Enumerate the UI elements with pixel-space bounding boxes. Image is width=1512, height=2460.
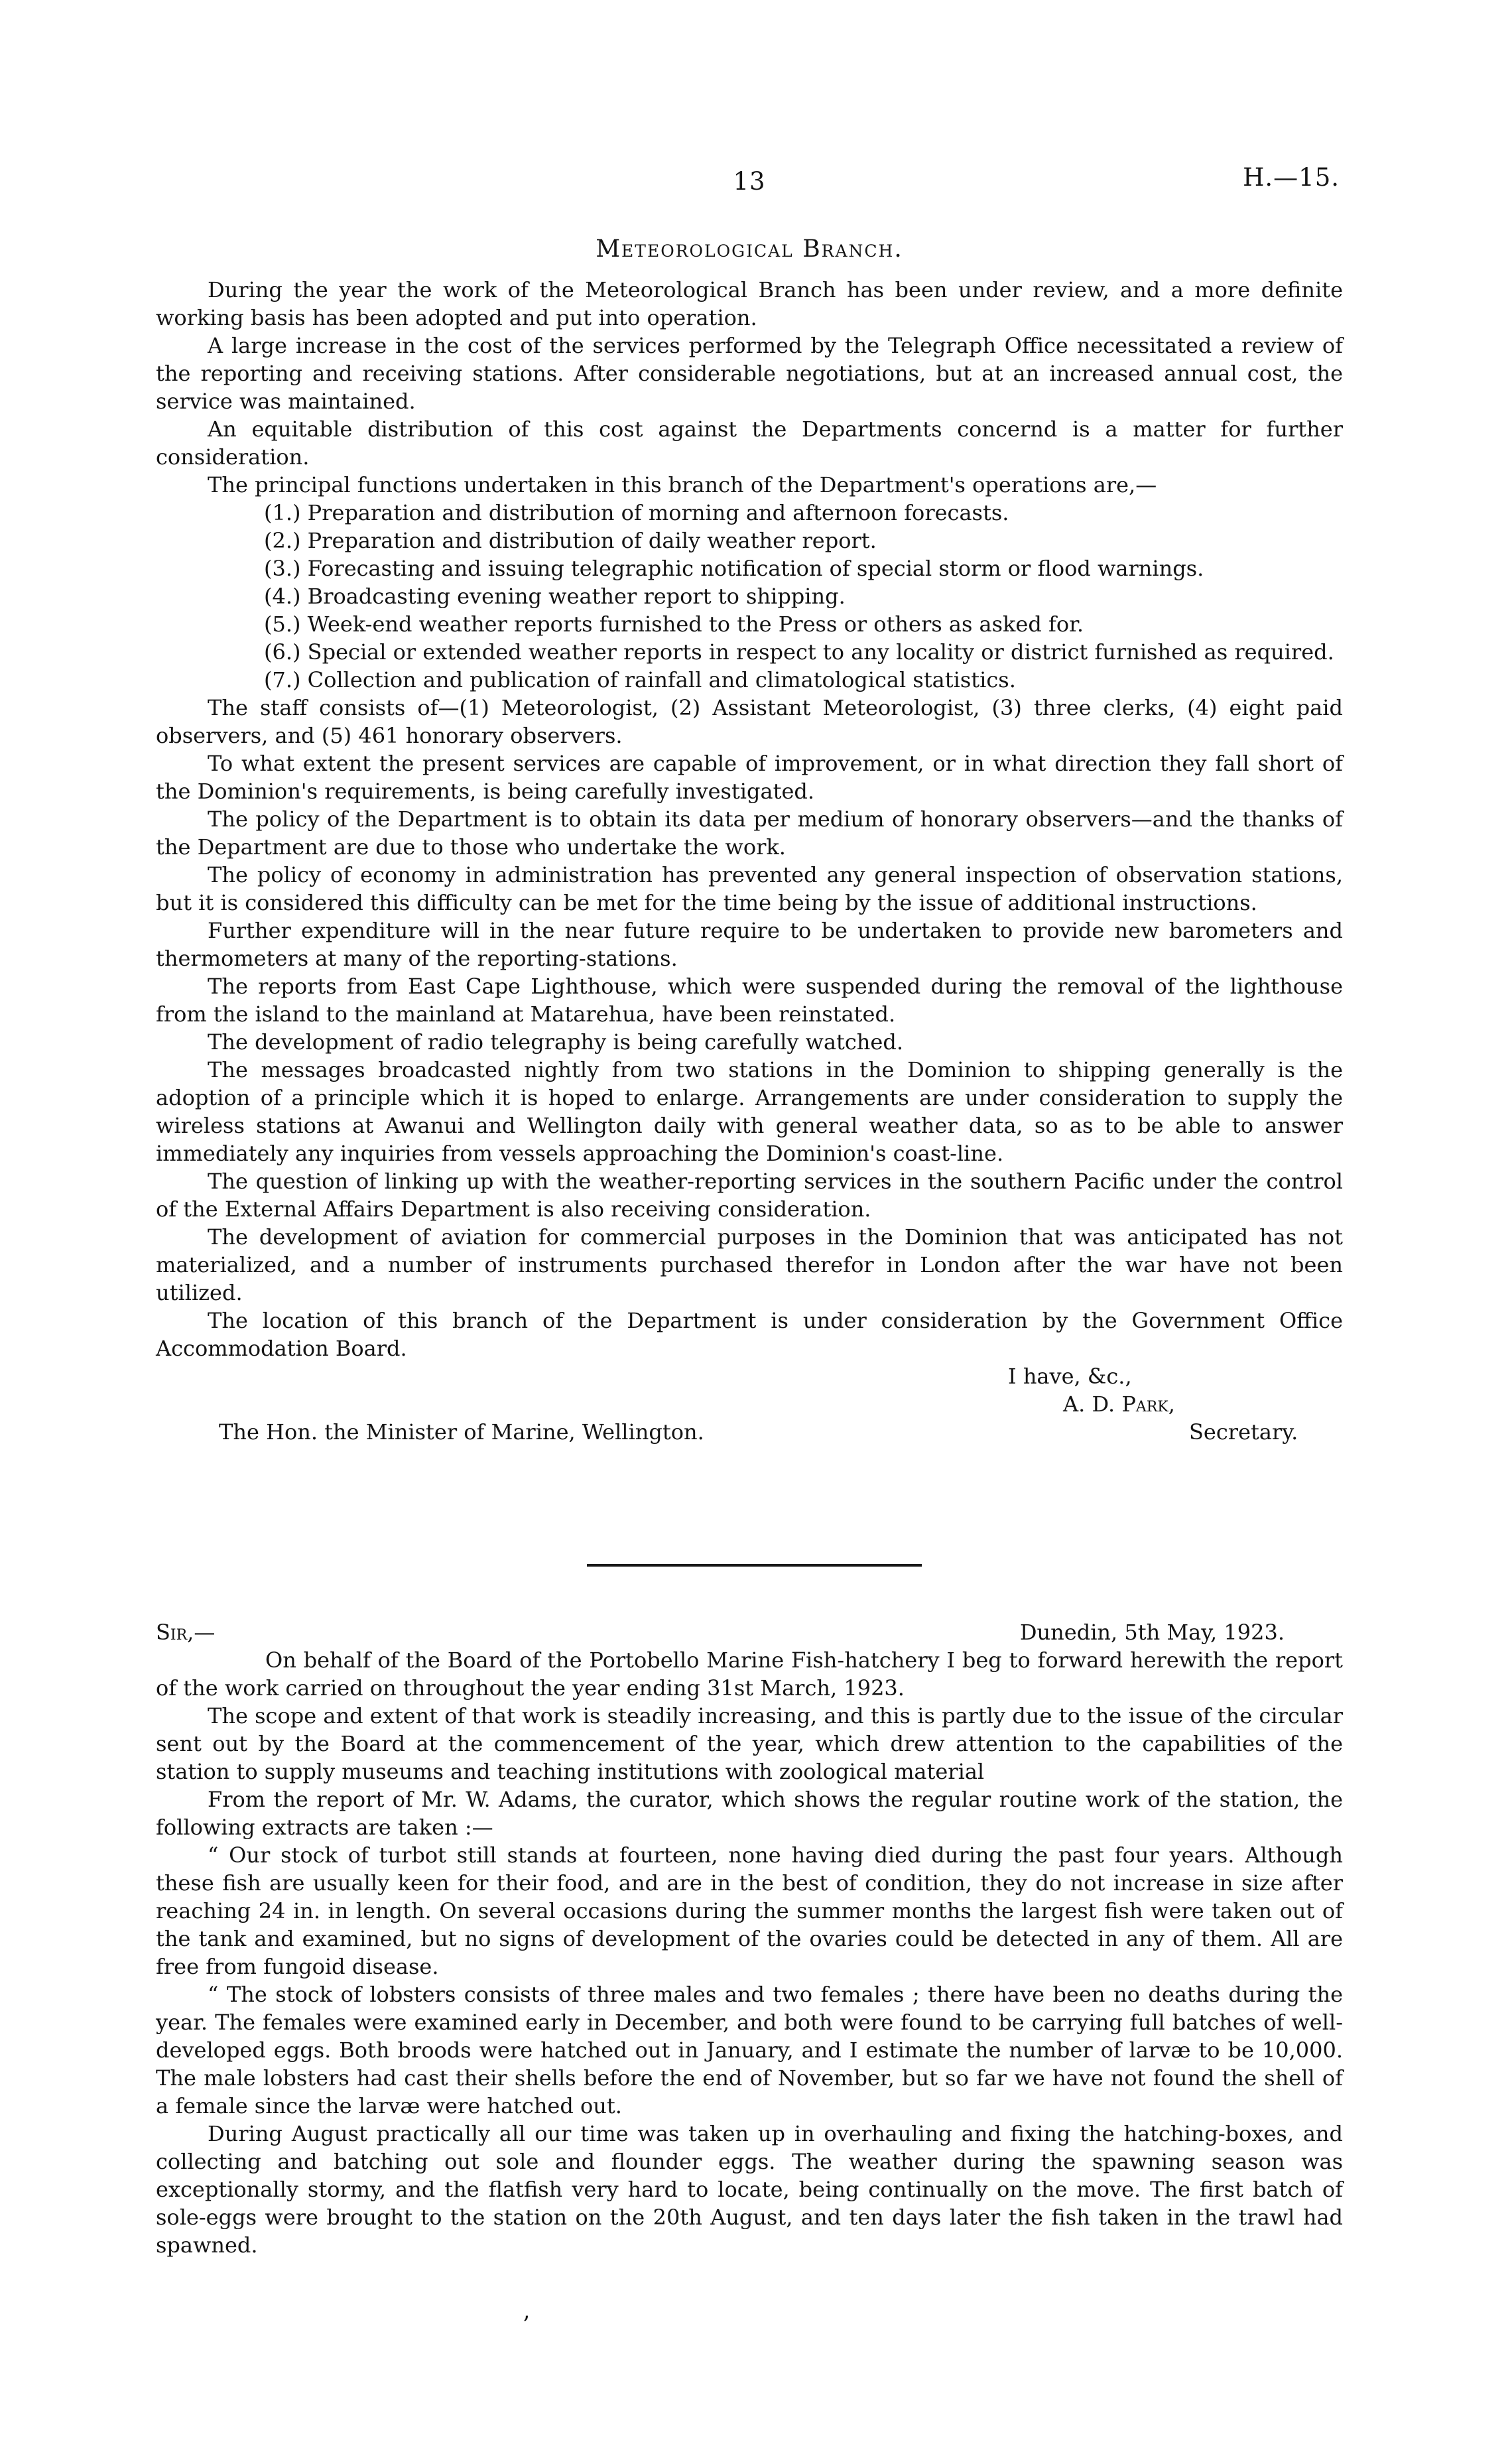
list-item: (5.) Week-end weather reports furnished … xyxy=(156,610,1343,638)
paragraph: The scope and extent of that work is ste… xyxy=(156,1702,1343,1785)
paragraph: A large increase in the cost of the serv… xyxy=(156,332,1343,415)
paragraph: The policy of economy in administration … xyxy=(156,861,1343,917)
list-item: (4.) Broadcasting evening weather report… xyxy=(156,582,1343,610)
paragraph: The development of aviation for commerci… xyxy=(156,1223,1343,1307)
section-heading: Meteorological Branch. xyxy=(156,233,1343,265)
list-item: (2.) Preparation and distribution of dai… xyxy=(156,527,1343,554)
paragraph: The question of linking up with the weat… xyxy=(156,1167,1343,1223)
paragraph: The principal functions undertaken in th… xyxy=(156,471,1343,499)
paragraph: The messages broadcasted nightly from tw… xyxy=(156,1056,1343,1167)
salutation-line: Sir,— Dunedin, 5th May, 1923. xyxy=(156,1618,1343,1646)
page-number: 13 xyxy=(156,167,1343,196)
addressee: The Hon. the Minister of Marine, Welling… xyxy=(219,1419,704,1445)
scanned-report-page: 13 H.—15. Meteorological Branch. During … xyxy=(0,0,1512,2460)
paragraph: An equitable distribution of this cost a… xyxy=(156,415,1343,471)
document-reference: H.—15. xyxy=(1243,163,1340,192)
list-item: (7.) Collection and publication of rainf… xyxy=(156,666,1343,694)
list-item: (3.) Forecasting and issuing telegraphic… xyxy=(156,554,1343,582)
page-header: 13 H.—15. xyxy=(156,167,1343,207)
paragraph: From the report of Mr. W. Adams, the cur… xyxy=(156,1785,1343,1841)
signature-name: A. D. Park, xyxy=(156,1390,1343,1418)
list-item: (1.) Preparation and distribution of mor… xyxy=(156,499,1343,527)
list-item: (6.) Special or extended weather reports… xyxy=(156,638,1343,666)
paragraph: “ The stock of lobsters consists of thre… xyxy=(156,1980,1343,2120)
paragraph: “ Our stock of turbot still stands at fo… xyxy=(156,1841,1343,1980)
paragraph: During the year the work of the Meteorol… xyxy=(156,276,1343,332)
paragraph: The development of radio telegraphy is b… xyxy=(156,1028,1343,1056)
scan-ink-speck: ’ xyxy=(523,2313,530,2336)
paragraph: On behalf of the Board of the Portobello… xyxy=(156,1646,1343,1702)
paragraph: The location of this branch of the Depar… xyxy=(156,1307,1343,1362)
paragraph: The policy of the Department is to obtai… xyxy=(156,805,1343,861)
paragraph: To what extent the present services are … xyxy=(156,749,1343,805)
salutation: Sir,— xyxy=(156,1618,215,1646)
paragraph: The reports from East Cape Lighthouse, w… xyxy=(156,972,1343,1028)
signature-line: The Hon. the Minister of Marine, Welling… xyxy=(156,1418,1343,1446)
meteorological-branch-section: Meteorological Branch. During the year t… xyxy=(156,233,1343,1446)
dateline: Dunedin, 5th May, 1923. xyxy=(1020,1618,1285,1646)
paragraph: During August practically all our time w… xyxy=(156,2120,1343,2259)
valediction: I have, &c., xyxy=(156,1362,1343,1390)
paragraph: Further expenditure will in the near fut… xyxy=(156,917,1343,972)
section-divider-rule xyxy=(587,1564,922,1567)
fish-hatchery-letter-section: Sir,— Dunedin, 5th May, 1923. On behalf … xyxy=(156,1618,1343,2259)
signature-title: Secretary. xyxy=(1189,1418,1298,1446)
paragraph: The staff consists of—(1) Meteorologist,… xyxy=(156,694,1343,749)
